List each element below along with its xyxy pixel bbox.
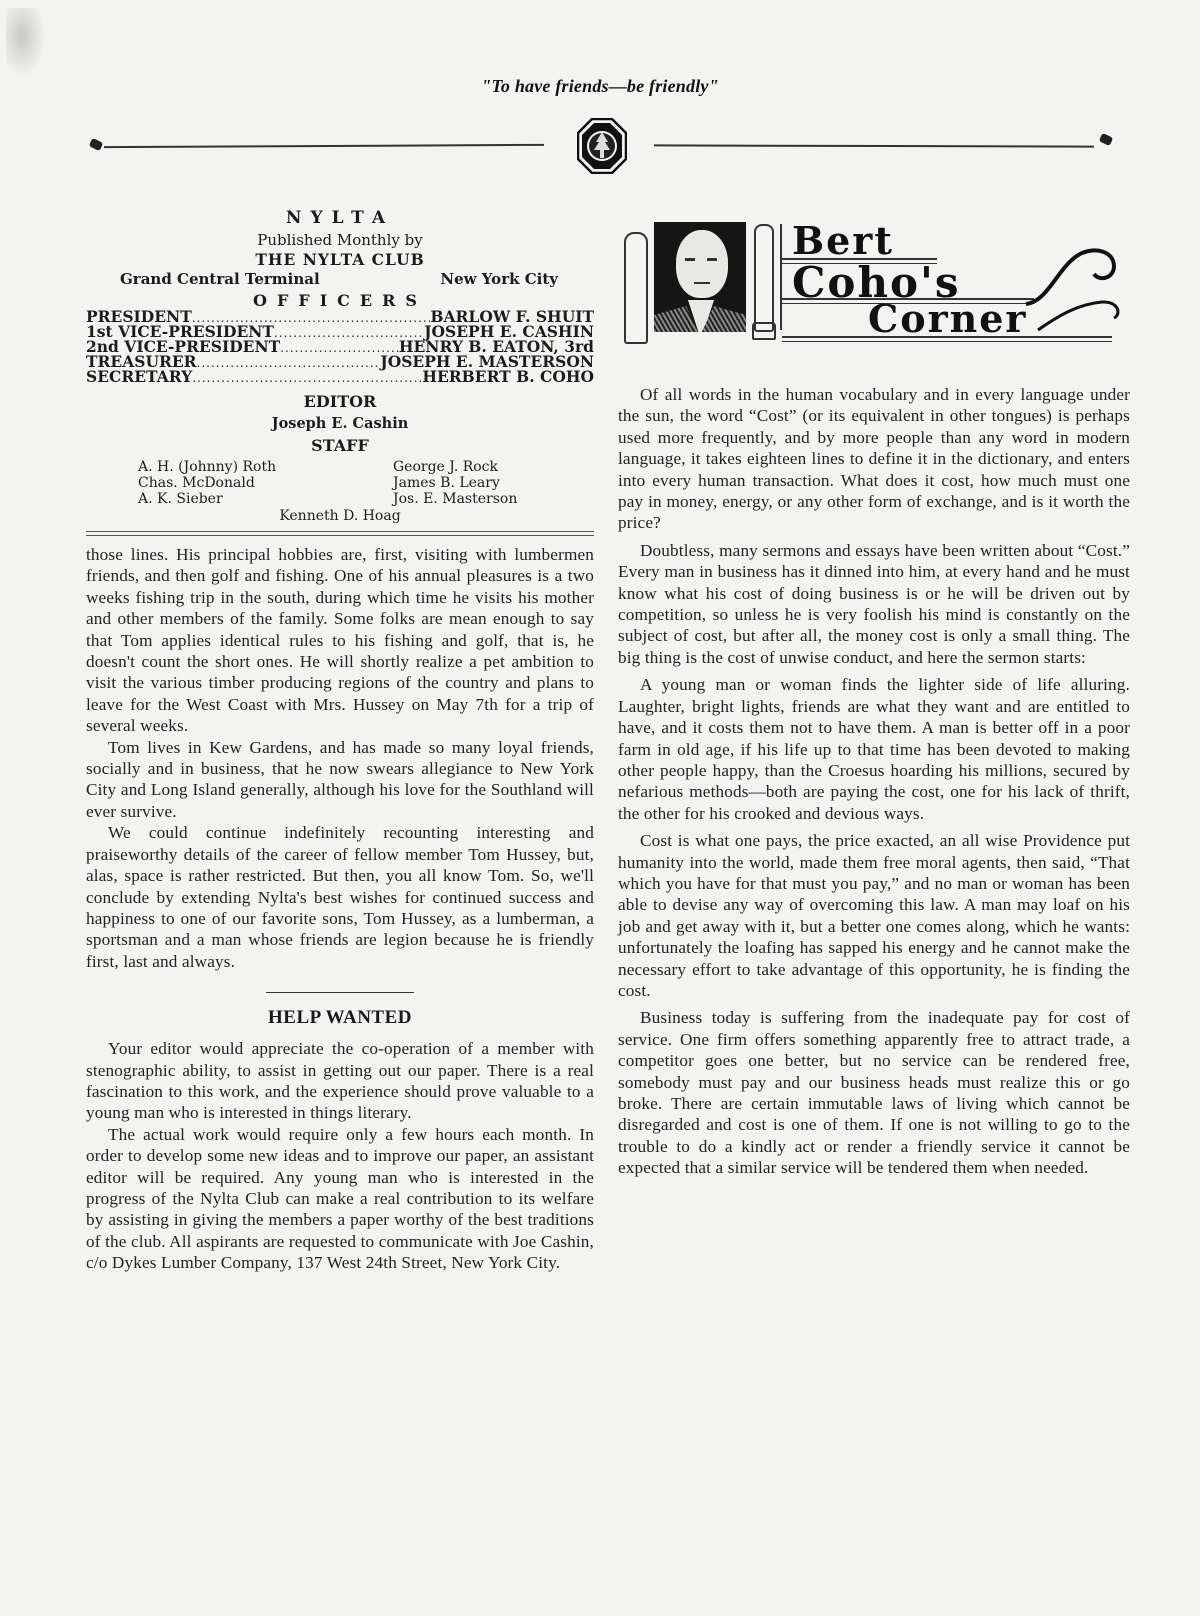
- staff-member: James B. Leary: [393, 475, 593, 491]
- officer-role: SECRETARY: [86, 370, 192, 384]
- essay-paragraph: Doubtless, many sermons and essays have …: [618, 540, 1130, 668]
- calligraphic-swash-icon: [1018, 246, 1128, 336]
- officers-list: PRESIDENTBARLOW F. SHUIT 1st VICE-PRESID…: [86, 310, 594, 385]
- club-name: THE NYLTA CLUB: [86, 250, 594, 269]
- paper-stain: [6, 8, 46, 78]
- rule-line-right: [654, 144, 1094, 147]
- story-paragraph: those lines. His principal hobbies are, …: [86, 544, 594, 737]
- editor-heading: EDITOR: [86, 391, 594, 413]
- essay-paragraph: Business today is suffering from the ina…: [618, 1007, 1130, 1178]
- officer-name: HERBERT B. COHO: [422, 370, 594, 384]
- rule-line-left: [104, 144, 544, 148]
- club-seal-icon: [577, 118, 627, 174]
- header-ornamental-rule: [88, 118, 1128, 174]
- quill-ornament-icon: [754, 224, 774, 332]
- masthead: NYLTA Published Monthly by THE NYLTA CLU…: [86, 208, 594, 310]
- address-left: Grand Central Terminal: [120, 269, 320, 289]
- rule-end-ornament-icon: [89, 138, 104, 151]
- page-motto: "To have friends—be friendly": [0, 76, 1200, 97]
- banner-word-corner: Corner: [868, 296, 1027, 341]
- rule-end-ornament-icon: [1099, 133, 1114, 146]
- leader-dots: [197, 356, 381, 370]
- editor-block: EDITOR Joseph E. Cashin STAFF: [86, 391, 594, 457]
- staff-member: Chas. McDonald: [138, 475, 393, 491]
- publication-title: NYLTA: [86, 208, 594, 228]
- story-paragraph: Tom lives in Kew Gardens, and has made s…: [86, 737, 594, 823]
- staff-heading: STAFF: [86, 435, 594, 457]
- staff-member: Jos. E. Masterson: [393, 491, 593, 507]
- staff-list: A. H. (Johnny) Roth George J. Rock Chas.…: [86, 459, 594, 507]
- help-wanted-heading: HELP WANTED: [86, 1007, 594, 1029]
- staff-member: A. H. (Johnny) Roth: [138, 459, 393, 475]
- right-column: Bert Coho's Corner Of all words in the h…: [618, 210, 1130, 1185]
- staff-member: George J. Rock: [393, 459, 593, 475]
- editor-name: Joseph E. Cashin: [86, 413, 594, 435]
- inkwell-icon: [752, 322, 776, 340]
- left-column: NYLTA Published Monthly by THE NYLTA CLU…: [86, 208, 594, 1274]
- masthead-double-rule: [86, 531, 594, 536]
- tom-hussey-story: those lines. His principal hobbies are, …: [86, 544, 594, 972]
- leader-dots: [192, 371, 422, 385]
- banner-frame: [780, 224, 785, 330]
- club-address: Grand Central Terminal New York City: [86, 269, 594, 289]
- published-line: Published Monthly by: [86, 230, 594, 250]
- scroll-ornament-icon: [624, 232, 648, 344]
- staff-member: A. K. Sieber: [138, 491, 393, 507]
- staff-member: Kenneth D. Hoag: [86, 507, 594, 525]
- help-wanted-story: Your editor would appreciate the co-oper…: [86, 1038, 594, 1273]
- banner-word-bert: Bert: [792, 218, 894, 263]
- cost-essay: Of all words in the human vocabulary and…: [618, 384, 1130, 1179]
- portrait-icon: [654, 222, 746, 332]
- essay-paragraph: A young man or woman finds the lighter s…: [618, 674, 1130, 824]
- officer-row: SECRETARYHERBERT B. COHO: [86, 370, 594, 385]
- story-paragraph: The actual work would require only a few…: [86, 1124, 594, 1274]
- bert-coho-corner-banner: Bert Coho's Corner: [618, 210, 1130, 340]
- section-divider: [266, 992, 414, 993]
- story-paragraph: We could continue indefinitely recountin…: [86, 822, 594, 972]
- address-right: New York City: [440, 269, 558, 289]
- essay-paragraph: Of all words in the human vocabulary and…: [618, 384, 1130, 534]
- essay-paragraph: Cost is what one pays, the price exacted…: [618, 830, 1130, 1001]
- story-paragraph: Your editor would appreciate the co-oper…: [86, 1038, 594, 1124]
